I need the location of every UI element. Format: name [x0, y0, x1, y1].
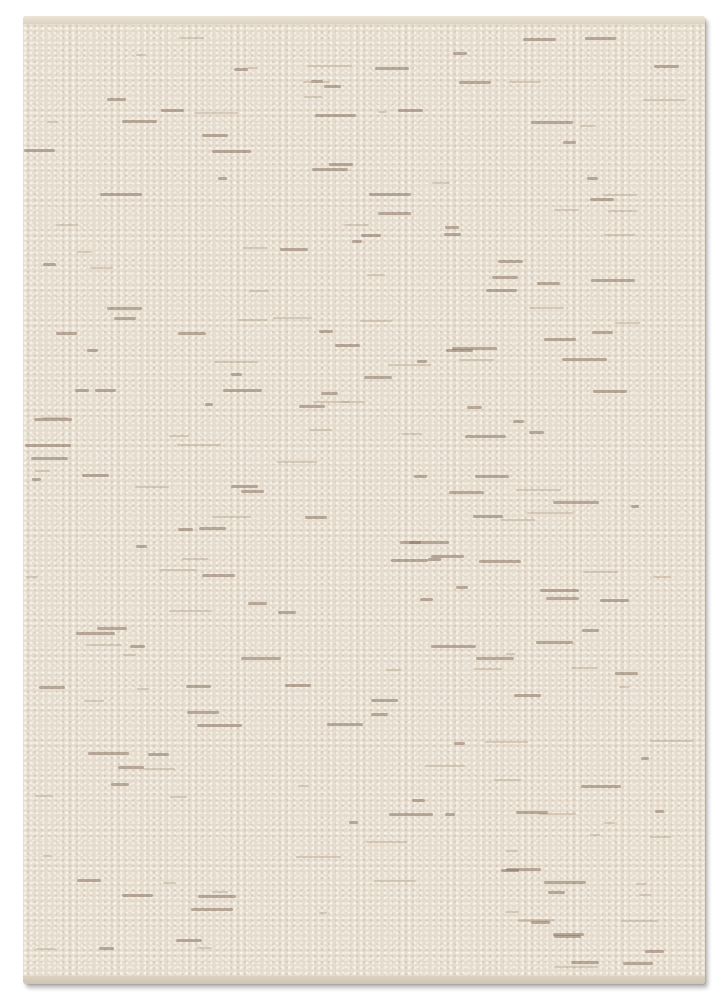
streak [643, 99, 686, 101]
streak [86, 644, 122, 646]
streak [47, 121, 58, 123]
streak [378, 212, 411, 215]
streak [35, 795, 53, 797]
streak [431, 645, 476, 648]
streak [32, 478, 41, 481]
streak [361, 234, 381, 237]
streak [349, 821, 357, 824]
streak [179, 37, 204, 39]
streak [107, 307, 142, 310]
streak [590, 834, 600, 836]
streak [650, 740, 693, 742]
streak [615, 672, 638, 675]
streak [84, 700, 104, 702]
streak [202, 574, 235, 577]
streak [553, 501, 598, 504]
streak [523, 38, 556, 41]
streak [199, 527, 226, 530]
streak [615, 322, 640, 324]
streak [590, 198, 614, 201]
streak [513, 420, 524, 423]
streak [554, 209, 579, 211]
streak [218, 177, 227, 180]
streak [76, 632, 115, 635]
streak [197, 947, 212, 949]
streak [87, 349, 98, 352]
streak [501, 519, 535, 521]
streak [75, 389, 88, 392]
streak [312, 168, 348, 171]
streak [474, 668, 502, 670]
streak [398, 109, 423, 112]
streak [321, 392, 339, 395]
streak [90, 267, 113, 269]
streak [459, 81, 492, 84]
streak [445, 813, 456, 816]
streak [277, 461, 317, 463]
streak [88, 752, 129, 755]
streak [445, 226, 459, 229]
streak [414, 475, 427, 478]
streak [304, 96, 322, 98]
streak [178, 332, 206, 335]
streak [456, 586, 468, 589]
streak [241, 490, 264, 493]
streak [374, 880, 416, 882]
rug-streaks [23, 16, 705, 984]
streak [529, 307, 564, 309]
streak [581, 785, 620, 788]
streak [107, 98, 125, 101]
streak [412, 799, 425, 802]
streak [177, 444, 221, 446]
streak [536, 641, 573, 644]
streak [198, 895, 237, 898]
streak [459, 359, 494, 361]
streak [375, 67, 409, 70]
streak [248, 602, 267, 605]
streak [378, 111, 387, 113]
streak [425, 765, 465, 767]
streak [554, 966, 599, 968]
streak [34, 418, 72, 421]
streak [285, 684, 311, 687]
streak [114, 317, 136, 320]
streak [136, 54, 146, 56]
streak [39, 686, 65, 689]
streak [428, 558, 442, 561]
streak [36, 948, 57, 950]
rug-bottom-binding [23, 976, 705, 984]
streak [516, 489, 561, 491]
streak [432, 182, 450, 184]
streak [650, 836, 672, 838]
streak [205, 403, 213, 406]
streak [641, 757, 649, 760]
streak [592, 331, 613, 334]
streak [169, 435, 188, 437]
streak [653, 576, 671, 578]
streak [26, 576, 38, 578]
streak [479, 560, 520, 563]
streak [386, 669, 401, 671]
streak [169, 610, 213, 612]
streak [56, 224, 78, 226]
streak [77, 251, 91, 253]
streak [514, 694, 541, 697]
streak [473, 515, 502, 518]
streak [505, 911, 518, 913]
streak [587, 177, 598, 180]
streak [367, 274, 386, 276]
streak [655, 810, 664, 813]
streak [234, 68, 248, 71]
streak [273, 317, 312, 319]
streak [99, 947, 114, 950]
streak [360, 320, 391, 322]
streak [327, 723, 363, 726]
streak [212, 891, 228, 893]
streak [319, 330, 333, 333]
streak [212, 516, 251, 518]
streak [475, 475, 509, 478]
streak [82, 474, 109, 477]
streak [645, 950, 664, 953]
streak [159, 569, 197, 571]
streak [409, 541, 449, 544]
streak [43, 855, 52, 857]
streak [130, 645, 145, 648]
streak [111, 783, 129, 786]
streak [170, 796, 187, 798]
streak [136, 545, 147, 548]
streak [485, 741, 528, 743]
streak [391, 559, 428, 562]
streak [118, 766, 144, 769]
streak [43, 263, 56, 266]
streak [401, 433, 422, 435]
streak [444, 233, 461, 236]
streak [467, 406, 483, 409]
streak [163, 882, 177, 884]
streak [305, 516, 327, 519]
streak [563, 141, 577, 144]
streak [100, 193, 142, 196]
streak [309, 429, 331, 431]
streak [654, 65, 679, 68]
streak [315, 114, 356, 117]
streak [303, 81, 330, 83]
streak [238, 319, 267, 321]
streak [571, 667, 598, 669]
streak [537, 282, 561, 285]
streak [223, 389, 262, 392]
streak [603, 194, 637, 196]
streak [593, 390, 627, 393]
streak [604, 234, 635, 236]
streak [619, 686, 628, 688]
streak [553, 933, 584, 936]
streak [214, 361, 258, 363]
streak [335, 344, 360, 347]
streak [498, 260, 523, 263]
streak [186, 685, 211, 688]
streak [364, 376, 392, 379]
streak [506, 850, 518, 852]
streak [35, 470, 50, 472]
streak [299, 405, 324, 408]
streak [501, 869, 519, 872]
streak [531, 921, 549, 924]
streak [191, 908, 232, 911]
streak [631, 505, 639, 508]
streak [324, 85, 341, 88]
streak [243, 247, 267, 249]
streak [352, 240, 361, 243]
streak [604, 822, 615, 824]
streak [280, 248, 307, 251]
streak [247, 67, 258, 69]
streak [582, 629, 598, 632]
streak [608, 210, 637, 212]
streak [25, 444, 70, 447]
streak [123, 654, 136, 656]
streak [580, 125, 597, 127]
streak [231, 485, 258, 488]
streak [454, 742, 464, 745]
streak [161, 109, 184, 112]
streak [420, 598, 433, 601]
streak [486, 289, 516, 292]
streak [307, 65, 351, 67]
streak [529, 431, 543, 434]
streak [465, 435, 506, 438]
streak [389, 813, 433, 816]
streak [202, 134, 229, 137]
streak [371, 699, 398, 702]
streak [621, 920, 658, 922]
streak [319, 912, 328, 914]
streak [544, 338, 575, 341]
streak [249, 290, 269, 292]
streak [431, 555, 464, 558]
streak [31, 457, 67, 460]
streak [241, 657, 282, 660]
streak [122, 120, 157, 123]
streak [329, 163, 353, 166]
streak [296, 856, 340, 858]
streak [95, 389, 115, 392]
streak [494, 779, 521, 781]
streak [371, 713, 388, 716]
streak [506, 653, 515, 655]
streak [388, 364, 431, 366]
streak [591, 279, 635, 282]
streak [531, 121, 573, 124]
streak [148, 753, 169, 756]
streak [194, 112, 238, 114]
streak [453, 52, 467, 55]
streak [182, 558, 208, 560]
streak [509, 81, 542, 83]
streak [623, 962, 653, 965]
streak [636, 883, 647, 885]
streak [143, 768, 175, 770]
streak [600, 599, 629, 602]
streak [571, 961, 599, 964]
streak [56, 332, 77, 335]
streak [313, 401, 350, 403]
streak [366, 841, 406, 843]
streak [639, 894, 651, 896]
streak [544, 881, 586, 884]
streak [452, 347, 497, 350]
streak [137, 688, 150, 690]
streak [135, 486, 169, 488]
streak [516, 811, 548, 814]
streak [546, 597, 579, 600]
streak [540, 589, 578, 592]
streak [212, 150, 250, 153]
rug [23, 16, 705, 984]
streak [585, 37, 615, 40]
streak [298, 785, 309, 787]
streak [97, 627, 127, 630]
streak [344, 224, 369, 226]
streak [369, 193, 411, 196]
streak [548, 891, 565, 894]
streak [77, 879, 101, 882]
streak [231, 373, 241, 376]
streak [476, 657, 513, 660]
streak [527, 512, 573, 514]
streak [187, 711, 219, 714]
streak [197, 724, 242, 727]
streak [178, 528, 192, 531]
streak [176, 939, 202, 942]
streak [122, 894, 153, 897]
streak [278, 611, 296, 614]
streak [562, 358, 608, 361]
streak [24, 149, 56, 152]
streak [492, 276, 519, 279]
streak [583, 571, 619, 573]
streak [449, 491, 484, 494]
